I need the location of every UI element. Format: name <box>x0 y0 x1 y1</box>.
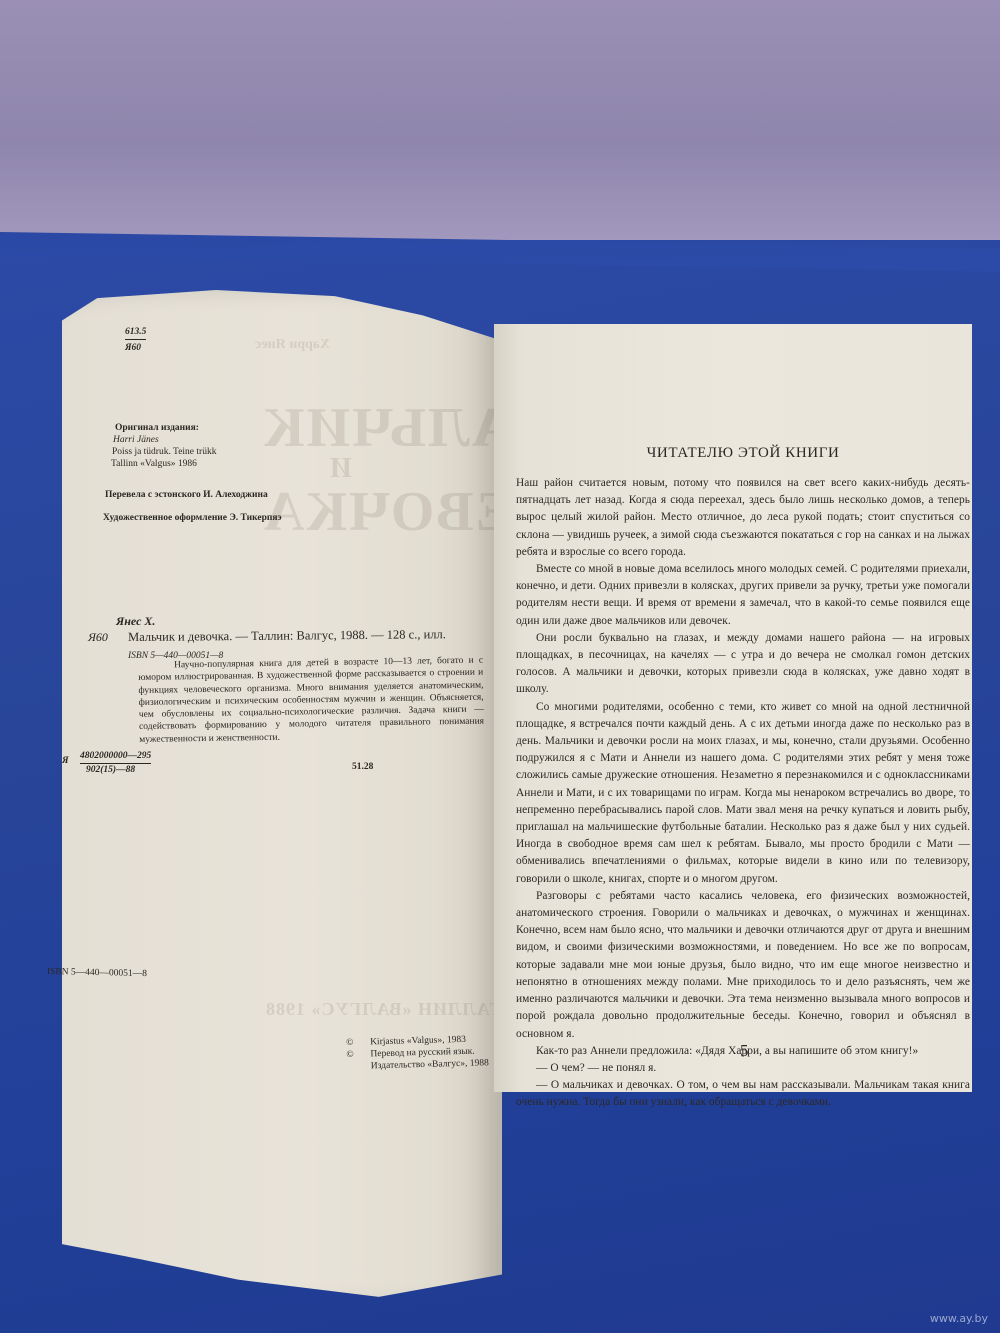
chapter-heading: ЧИТАТЕЛЮ ЭТОЙ КНИГИ <box>516 445 970 462</box>
copyright-block: © Kirjastus «Valgus», 1983 © Перевод на … <box>346 1033 489 1073</box>
designer-credit: Художественное оформление Э. Тикерпяэ <box>103 512 282 524</box>
watermark: www.ay.by <box>930 1312 988 1325</box>
copyright-icon: © <box>346 1049 358 1061</box>
translator-credit: Перевела с эстонского И. Алеходжина <box>105 489 268 501</box>
paragraph: — О чем? — не понял я. <box>516 1060 970 1077</box>
background-wall <box>0 0 1000 240</box>
paragraph: Они росли буквально на глазах, и между д… <box>516 630 970 699</box>
annotation-text: Научно-популярная книга для детей в возр… <box>138 655 484 746</box>
price-code-prefix: Я <box>62 755 69 767</box>
original-title: Poiss ja tüdruk. Teine trükk <box>112 446 216 458</box>
paragraph: Вместе со мной в новые дома вселилось мн… <box>516 561 970 630</box>
show-through-author: Харри Янес <box>255 338 330 352</box>
price-code-numerator-text: 4802000000—295 <box>80 750 151 764</box>
show-through-title-2: И <box>330 455 352 483</box>
copyright-icon: © <box>346 1037 358 1049</box>
udk-code: 613.5 <box>125 326 146 340</box>
paragraph: Разговоры с ребятами часто касались чело… <box>516 888 970 1043</box>
show-through-imprint: ТАЛЛИН «ВАЛГУС» 1988 <box>265 1000 502 1018</box>
paragraph: Наш район считается новым, потому что по… <box>516 475 970 561</box>
original-edition-label: Оригинал издания: <box>115 422 199 434</box>
page-number: 5 <box>740 1041 749 1061</box>
paragraph: Со многими родителями, особенно с теми, … <box>516 699 970 888</box>
bbk-code: 51.28 <box>352 761 373 773</box>
udk-bottom: Я60 <box>125 342 141 354</box>
isbn-bottom: ISBN 5—440—00051—8 <box>47 966 147 980</box>
udk-top: 613.5 <box>125 326 146 340</box>
paragraph: — О мальчиках и девочках. О том, о чем в… <box>516 1077 970 1111</box>
price-code-denominator: 902(15)—88 <box>86 764 135 776</box>
catalog-annotation: Научно-популярная книга для детей в возр… <box>138 655 484 746</box>
catalog-author: Янес Х. <box>116 614 155 629</box>
original-publisher: Tallinn «Valgus» 1986 <box>111 458 197 470</box>
catalog-code: Я60 <box>88 630 108 645</box>
copyright-icon <box>347 1061 359 1073</box>
catalog-bib-line: Мальчик и девочка. — Таллин: Валгус, 198… <box>128 627 446 645</box>
price-code-numerator: 4802000000—295 <box>80 750 151 764</box>
body-text: Наш район считается новым, потому что по… <box>516 475 970 1112</box>
original-author: Harri Jänes <box>113 434 159 446</box>
